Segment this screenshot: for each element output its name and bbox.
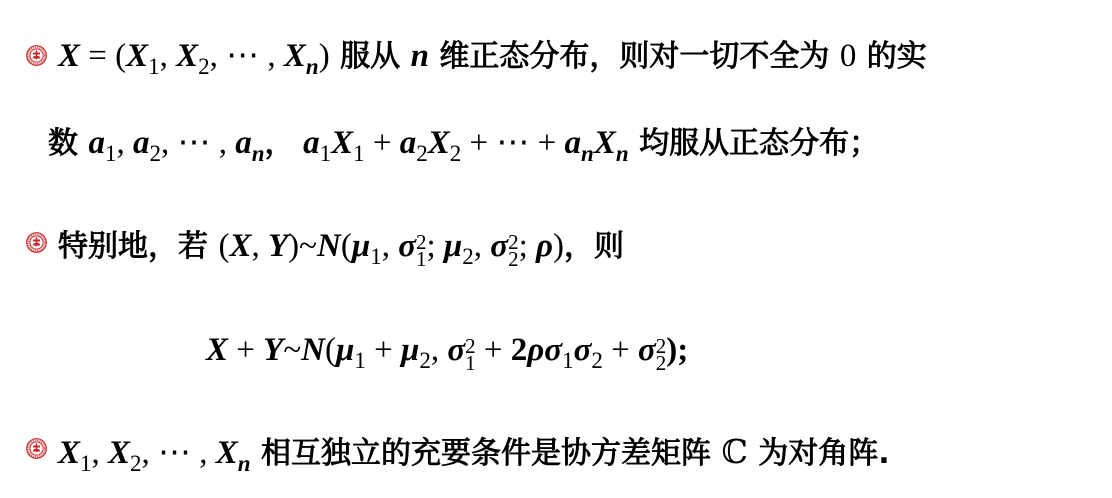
subscript: 1 <box>320 141 332 166</box>
subscript: 2 <box>450 141 462 166</box>
var-X: X <box>58 38 80 74</box>
subscript: n <box>306 54 319 79</box>
var-Xn: X <box>284 38 306 74</box>
text: 服从 <box>330 39 411 74</box>
tilde: )~ <box>288 228 317 264</box>
var-X: X <box>206 332 228 368</box>
comma: , <box>160 38 177 74</box>
var-X2: X <box>108 435 130 471</box>
sup-sub: 22 <box>656 338 667 372</box>
var-rho: ρ <box>527 332 544 368</box>
subscript: 1 <box>562 348 574 373</box>
var-sigma1: σ <box>398 228 416 264</box>
coefficient-two: 2 <box>511 332 528 368</box>
ellipsis: , ⋯ , <box>161 125 235 161</box>
text: 均服从正态分布； <box>629 126 879 161</box>
var-N: N <box>301 332 325 368</box>
subscript: 2 <box>591 348 603 373</box>
university-seal-icon <box>26 438 47 459</box>
close-paren-semicolon: ); <box>666 332 688 368</box>
var-a2: a <box>400 125 417 161</box>
sup-sub: 21 <box>465 338 476 372</box>
var-rho: ρ <box>536 228 553 264</box>
var-sigma1: σ <box>544 332 562 368</box>
var-an: a <box>565 125 582 161</box>
text: 相互独立的充要条件是协方差矩阵 <box>251 436 722 471</box>
var-an: a <box>235 125 252 161</box>
item1-line2: 数 a1, a2, ⋯ , an， a1X1 + a2X2 + ⋯ + anXn… <box>48 123 879 174</box>
semicolon: ; <box>519 228 536 264</box>
covariance-matrix-symbol: ℂ <box>721 435 747 471</box>
subscript: 1 <box>80 451 92 476</box>
university-seal-icon <box>26 232 47 253</box>
ellipsis: + ⋯ + <box>461 125 564 161</box>
comma: , <box>116 125 133 161</box>
subscript: 1 <box>465 355 476 372</box>
close-paren: ) <box>319 38 330 74</box>
sup-sub: 22 <box>508 234 519 268</box>
comma: , <box>382 228 399 264</box>
item2-line: 特别地，若 (X, Y)~N(μ1, σ21; μ2, σ22; ρ)，则 <box>58 226 624 277</box>
comma: , <box>431 332 448 368</box>
var-X1: X <box>58 435 80 471</box>
university-seal-icon <box>26 45 47 66</box>
subscript: 1 <box>370 244 382 269</box>
sum-distribution-formula: X + Y~N(μ1 + μ2, σ21 + 2ρσ1σ2 + σ22); <box>206 330 688 381</box>
ellipsis: , ⋯ , <box>142 435 216 471</box>
var-sigma2: σ <box>490 228 508 264</box>
text: ，则 <box>564 229 624 264</box>
text: 数 <box>48 126 88 161</box>
var-a2: a <box>133 125 150 161</box>
separator: ， <box>265 126 295 161</box>
tilde: ~ <box>283 332 301 368</box>
var-Xn: X <box>594 125 616 161</box>
plus: + <box>365 125 400 161</box>
subscript: 1 <box>148 54 160 79</box>
var-Xn: X <box>216 435 238 471</box>
subscript: n <box>252 141 265 166</box>
var-n: n <box>411 38 429 74</box>
subscript: n <box>616 141 629 166</box>
item1-line1: X = (X1, X2, ⋯ , Xn) 服从 n 维正态分布，则对一切不全为 … <box>58 36 927 87</box>
subscript: 1 <box>354 348 366 373</box>
open-paren: ( <box>218 228 229 264</box>
var-mu1: μ <box>352 228 370 264</box>
semicolon: ; <box>426 228 443 264</box>
subscript: 2 <box>198 54 210 79</box>
item3-line: X1, X2, ⋯ , Xn 相互独立的充要条件是协方差矩阵 ℂ 为对角阵. <box>58 433 890 484</box>
var-a1: a <box>88 125 105 161</box>
text: 特别地，若 <box>58 229 218 264</box>
subscript: 2 <box>130 451 142 476</box>
open-paren: ( <box>325 332 336 368</box>
subscript: n <box>238 451 251 476</box>
sup-sub: 21 <box>416 234 427 268</box>
var-X2: X <box>176 38 198 74</box>
subscript: 2 <box>149 141 161 166</box>
zero: 0 <box>840 38 857 74</box>
subscript: 2 <box>462 244 474 269</box>
comma: , <box>251 228 268 264</box>
subscript: 2 <box>656 355 667 372</box>
plus: + <box>228 332 263 368</box>
text: 为对角阵. <box>748 436 890 471</box>
var-sigma2: σ <box>638 332 656 368</box>
var-mu1: μ <box>336 332 354 368</box>
text: 维正态分布，则对一切不全为 <box>429 39 840 74</box>
var-Y: Y <box>268 228 288 264</box>
var-X1: X <box>331 125 353 161</box>
var-a1: a <box>303 125 320 161</box>
open-paren: ( <box>341 228 352 264</box>
comma: , <box>474 228 491 264</box>
subscript: 2 <box>508 251 519 268</box>
text: 的实 <box>856 39 926 74</box>
subscript: n <box>581 141 594 166</box>
subscript: 1 <box>353 141 365 166</box>
var-X1: X <box>126 38 148 74</box>
var-sigma2: σ <box>574 332 592 368</box>
subscript: 2 <box>419 348 431 373</box>
var-N: N <box>317 228 341 264</box>
var-X2: X <box>428 125 450 161</box>
ellipsis: , ⋯ , <box>210 38 284 74</box>
var-Y: Y <box>263 332 283 368</box>
var-mu2: μ <box>401 332 419 368</box>
plus: + <box>603 332 638 368</box>
plus: + <box>476 332 511 368</box>
equals-sign: = ( <box>80 38 126 74</box>
var-X: X <box>229 228 251 264</box>
var-mu2: μ <box>444 228 462 264</box>
subscript: 1 <box>416 251 427 268</box>
close-paren: ) <box>553 228 564 264</box>
subscript: 2 <box>416 141 428 166</box>
subscript: 1 <box>105 141 117 166</box>
var-sigma1: σ <box>447 332 465 368</box>
comma: , <box>92 435 109 471</box>
plus: + <box>366 332 401 368</box>
